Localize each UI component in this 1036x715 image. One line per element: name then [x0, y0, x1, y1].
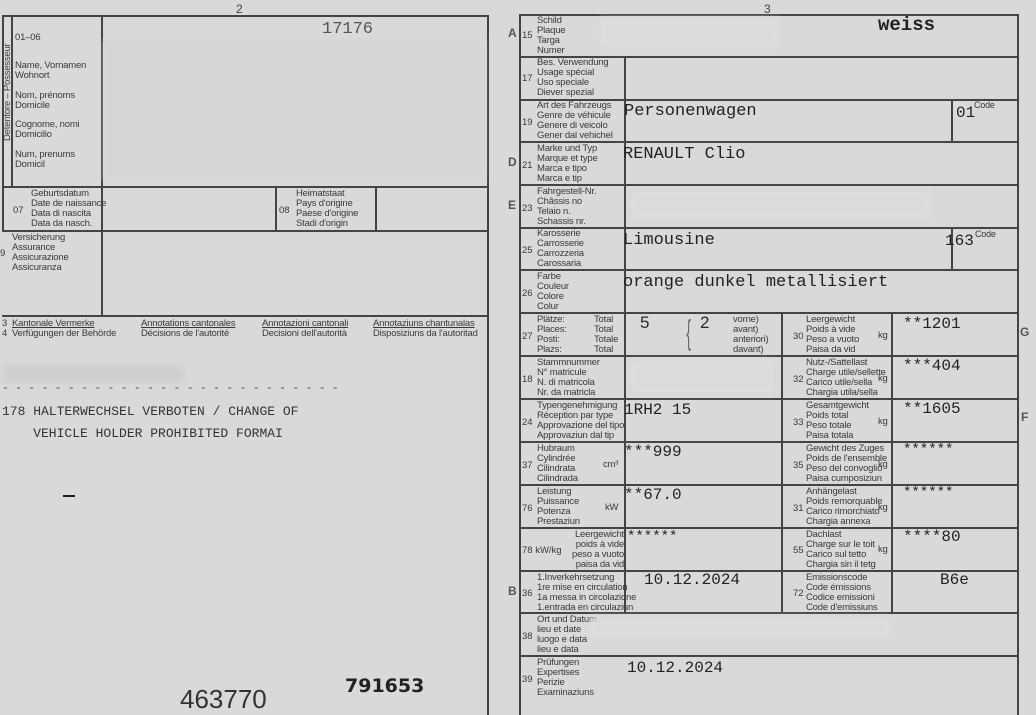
- holder-label: Wohnort: [15, 71, 49, 81]
- field-code: 21: [522, 160, 533, 171]
- label-line: Plazs:: [537, 345, 567, 355]
- label-line: Chargia sin il tetg: [806, 560, 876, 570]
- label-line: Approvaziun dal tip: [537, 431, 624, 441]
- label-line: paisa da vid: [568, 560, 624, 570]
- inspections-value: 10.12.2024: [627, 659, 723, 677]
- bottom-number-1: 463770: [180, 684, 267, 715]
- separator-dashes: - - - - - - - - - - - - - - - - - - - - …: [2, 383, 339, 395]
- field-code: 78 kW/kg: [522, 545, 562, 556]
- field-code: 39: [522, 674, 533, 685]
- label-line: Total: [594, 345, 618, 355]
- field-labels: Gewicht des Zuges Poids de l'ensemble Pe…: [806, 444, 887, 484]
- label-line: Chargia utila/sella: [806, 388, 886, 398]
- insurance-code: 9: [0, 248, 5, 259]
- bottom-number-2: 791653: [345, 675, 424, 697]
- holder-label: Domicil: [15, 160, 45, 170]
- unit: kg: [878, 460, 888, 470]
- place-date-redacted: [590, 617, 890, 639]
- label-line: Assicuranza: [12, 263, 69, 273]
- body-value: Limousine: [623, 231, 715, 250]
- label-line: Nr. da matricla: [537, 388, 600, 398]
- stray-mark: [63, 495, 75, 497]
- field-code: 55: [793, 545, 804, 556]
- plate-redacted: [600, 18, 780, 48]
- label-line: Paisa totala: [806, 431, 869, 441]
- label-line: Data da nasch.: [31, 219, 106, 229]
- label-line: Décisions de l'autorité: [141, 329, 235, 339]
- label-line: Prestaziun: [537, 517, 580, 527]
- seats-front-value: 2: [700, 313, 709, 333]
- total-labels: Total Total Totale Total: [594, 315, 618, 355]
- emission-code-value: B6e: [940, 571, 969, 589]
- label-line: Schassis nr.: [537, 217, 596, 227]
- annotation-redacted: [4, 365, 184, 383]
- field-labels: Art des Fahrzeugs Genre de véhicule Gene…: [537, 101, 613, 141]
- seats-total-value: 5: [640, 313, 649, 333]
- label-line: Gener dal vehichel: [537, 131, 613, 141]
- power-value: **67.0: [624, 486, 682, 504]
- side-letter-a: A: [508, 26, 517, 40]
- label-line: Colur: [537, 302, 569, 312]
- side-letter-d: D: [508, 155, 517, 169]
- field-labels: Ort und Datum lieu et date luogo e data …: [537, 615, 597, 655]
- unit: kg: [878, 417, 888, 427]
- trailer-load-value: ******: [903, 485, 953, 501]
- field-labels: 1.Inverkehrsetzung 1re mise en circulati…: [537, 573, 636, 613]
- label-line: Stadi d'origin: [296, 219, 358, 229]
- holder-label: Domicilio: [15, 130, 52, 140]
- remark-line-1: 178 HALTERWECHSEL VERBOTEN / CHANGE OF: [2, 404, 298, 419]
- field-code: 27: [522, 331, 533, 342]
- payload-value: ***404: [903, 357, 961, 375]
- field-code: 76: [522, 503, 533, 514]
- field-code: 23: [522, 203, 533, 214]
- label-line: Chargia annexa: [806, 517, 882, 527]
- unit: cm³: [603, 460, 618, 470]
- label-line: lieu e data: [537, 645, 597, 655]
- total-weight-value: **1605: [903, 400, 961, 418]
- field-labels: Leergewicht poids à vide peso a vuoto pa…: [568, 530, 624, 570]
- field-labels: Emissionscode Code émissions Codice emis…: [806, 573, 877, 613]
- roof-load-value: ****80: [903, 528, 961, 546]
- field-labels: Leergewicht Poids à vide Peso a vuoto Pa…: [806, 315, 859, 355]
- field-labels: Farbe Couleur Colore Colur: [537, 272, 569, 312]
- field-code: 30: [793, 331, 804, 342]
- label-line: Cilindrada: [537, 474, 578, 484]
- code-label: Code: [974, 100, 995, 110]
- field-labels: Marke und Typ Marque et type Marca e tip…: [537, 144, 598, 184]
- field-labels: Karosserie Carrosserie Carrozzeria Caros…: [537, 229, 584, 269]
- annotations-fr: Annotations cantonales Décisions de l'au…: [141, 319, 235, 339]
- label-line: Code d'emissiuns: [806, 603, 877, 613]
- field-code: 38: [522, 631, 533, 642]
- origin-code: 08: [279, 205, 290, 216]
- unit: kg: [878, 503, 888, 513]
- document-number: 17176: [322, 20, 373, 39]
- displacement-value: ***999: [624, 443, 682, 461]
- field-code: 17: [522, 73, 533, 84]
- field-code: 72: [793, 588, 804, 599]
- field-labels: Typengenehmigung Réception par type Appr…: [537, 401, 624, 441]
- label-line: Carossaria: [537, 259, 584, 269]
- body-code: 163: [945, 232, 974, 250]
- page-number-left: 2: [236, 2, 243, 16]
- field-labels: Leistung Puissance Potenza Prestaziun: [537, 487, 580, 527]
- field-code: 35: [793, 460, 804, 471]
- field-labels: Fahrgestell-Nr. Châssis no Telaio n. Sch…: [537, 187, 596, 227]
- label-line: Decisioni dell'autorità: [262, 329, 348, 339]
- brace: {: [686, 315, 691, 351]
- field-code: 24: [522, 417, 533, 428]
- field-code: 18: [522, 374, 533, 385]
- birth-labels: Geburtsdatum Date de naissance Data di n…: [31, 189, 106, 229]
- field-code: 36: [522, 588, 533, 599]
- holder-vertical-label: Detentore – Possesseur: [3, 53, 13, 141]
- annotations-rm: Annotaziuns chantunalas Disposiziuns da …: [373, 319, 478, 339]
- field-labels: Prüfungen Expertises Perizie Examinaziun…: [537, 658, 594, 698]
- field-code: 25: [522, 245, 533, 256]
- vehicle-type-value: Personenwagen: [624, 102, 757, 121]
- label-line: Examinaziuns: [537, 688, 594, 698]
- empty-weight-value: **1201: [903, 315, 961, 333]
- holder-redacted: [104, 40, 484, 180]
- plate-value: weiss: [878, 14, 935, 36]
- first-registration-value: 10.12.2024: [644, 571, 740, 589]
- side-letter-f: F: [1021, 410, 1028, 424]
- side-letter-b: B: [508, 584, 517, 598]
- field-code: 32: [793, 374, 804, 385]
- field-labels: Stammnummer N° matricule N. di matricola…: [537, 358, 600, 398]
- unit: kg: [878, 374, 888, 384]
- field-code: 15: [522, 30, 533, 41]
- field-labels: Dachlast Charge sur le toit Carico sul t…: [806, 530, 876, 570]
- field-code: 37: [522, 460, 533, 471]
- side-letter-e: E: [508, 198, 516, 212]
- unit: kg: [878, 545, 888, 555]
- code-label: Code: [975, 229, 996, 239]
- front-labels: vorne) avant) anteriori) davant): [733, 315, 769, 355]
- annotations-codes: 3 4: [2, 319, 7, 339]
- label-line: Disposiziuns da l'autoritad: [373, 329, 478, 339]
- label-line: Verfügungen der Behörde: [12, 329, 116, 339]
- annotations-it: Annotazioni cantonali Decisioni dell'aut…: [262, 319, 348, 339]
- origin-labels: Heimatstaat Pays d'origine Paese d'origi…: [296, 189, 358, 229]
- field-labels: Schild Plaque Targa Numer: [537, 16, 565, 56]
- holder-label: Domicile: [15, 101, 50, 111]
- label-line: Numer: [537, 46, 565, 56]
- label-line: Paisa da vid: [806, 345, 859, 355]
- birth-code: 07: [13, 205, 24, 216]
- label-line: 1.entrada en circulaziun: [537, 603, 636, 613]
- make-value: RENAULT Clio: [623, 145, 745, 164]
- field-code: 31: [793, 503, 804, 514]
- field-labels: Plätze: Places: Posti: Plazs:: [537, 315, 567, 355]
- color-value: orange dunkel metallisiert: [623, 273, 888, 292]
- field-labels: Bes. Verwendung Usage spécial Uso specia…: [537, 58, 608, 98]
- chassis-redacted: [630, 190, 930, 220]
- field-labels: Nutz-/Sattellast Charge utile/sellette C…: [806, 358, 886, 398]
- field-code: 33: [793, 417, 804, 428]
- label-line: davant): [733, 345, 769, 355]
- unit: kg: [878, 331, 888, 341]
- remark-line-2: VEHICLE HOLDER PROHIBITED FORMAI: [2, 426, 283, 441]
- vehicle-type-code: 01: [956, 104, 975, 122]
- master-no-redacted: [630, 360, 775, 394]
- train-weight-value: ******: [903, 442, 953, 458]
- label-line: Diever spezial: [537, 88, 608, 98]
- label-line: 4: [2, 329, 7, 339]
- power-ratio-value: ******: [627, 529, 677, 545]
- label-line: Marca e tip: [537, 174, 598, 184]
- field-code: 26: [522, 288, 533, 299]
- field-labels: Gesamtgewicht Poids total Peso totale Pa…: [806, 401, 869, 441]
- field-labels: Hubraum Cylindrée Cilindrata Cilindrada: [537, 444, 578, 484]
- annotations-de: Kantonale Vermerke Verfügungen der Behör…: [12, 319, 116, 339]
- insurance-labels: Versicherung Assurance Assicurazione Ass…: [12, 233, 69, 273]
- holder-field-code: 01–06: [15, 33, 40, 43]
- field-code: 19: [522, 117, 533, 128]
- unit: kW: [605, 503, 618, 513]
- label-line: Paisa cumposiziun: [806, 474, 887, 484]
- type-approval-value: 1RH2 15: [624, 401, 691, 419]
- side-letter-g: G: [1020, 325, 1029, 339]
- field-labels: Anhängelast Poids remorquable Carico rim…: [806, 487, 882, 527]
